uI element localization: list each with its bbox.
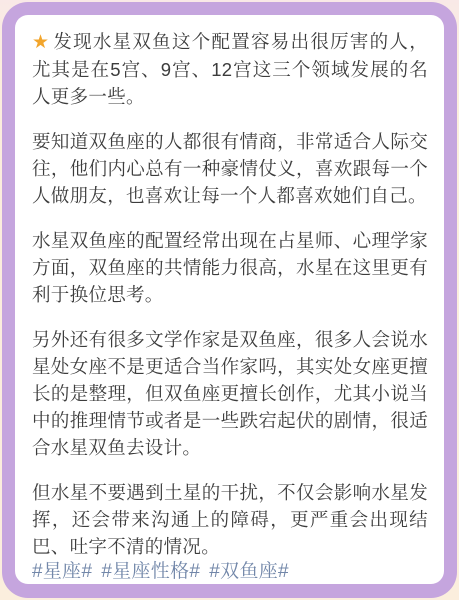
paragraph-2: 要知道双鱼座的人都很有情商，非常适合人际交往，他们内心总有一种豪情仗义，喜欢跟每… — [32, 128, 428, 209]
star-icon: ★ — [32, 32, 50, 53]
post-background: ★发现水星双鱼这个配置容易出很厉害的人，尤其是在5宫、9宫、12宫这三个领域发展… — [0, 0, 459, 600]
paragraph-1: ★发现水星双鱼这个配置容易出很厉害的人，尤其是在5宫、9宫、12宫这三个领域发展… — [32, 28, 428, 110]
paragraph-3: 水星双鱼座的配置经常出现在占星师、心理学家方面，双鱼座的共情能力很高，水星在这里… — [32, 227, 428, 308]
post-frame: ★发现水星双鱼这个配置容易出很厉害的人，尤其是在5宫、9宫、12宫这三个领域发展… — [2, 2, 457, 598]
paragraph-1-text: 发现水星双鱼这个配置容易出很厉害的人，尤其是在5宫、9宫、12宫这三个领域发展的… — [32, 31, 428, 107]
hashtag-row: #星座##星座性格##双鱼座# — [32, 560, 428, 588]
paragraph-5: 但水星不要遇到土星的干扰，不仅会影响水星发挥，还会带来沟通上的障碍，更严重会出现… — [32, 479, 428, 560]
hashtag-xingzuo-xingge[interactable]: #星座性格# — [101, 561, 200, 582]
paragraph-4: 另外还有很多文学作家是双鱼座，很多人会说水星处女座不是更适合当作家吗，其实处女座… — [32, 326, 428, 461]
content-card: ★发现水星双鱼这个配置容易出很厉害的人，尤其是在5宫、9宫、12宫这三个领域发展… — [15, 15, 444, 584]
hashtag-shuangyuzuo[interactable]: #双鱼座# — [209, 561, 289, 582]
hashtag-xingzuo[interactable]: #星座# — [32, 561, 92, 582]
